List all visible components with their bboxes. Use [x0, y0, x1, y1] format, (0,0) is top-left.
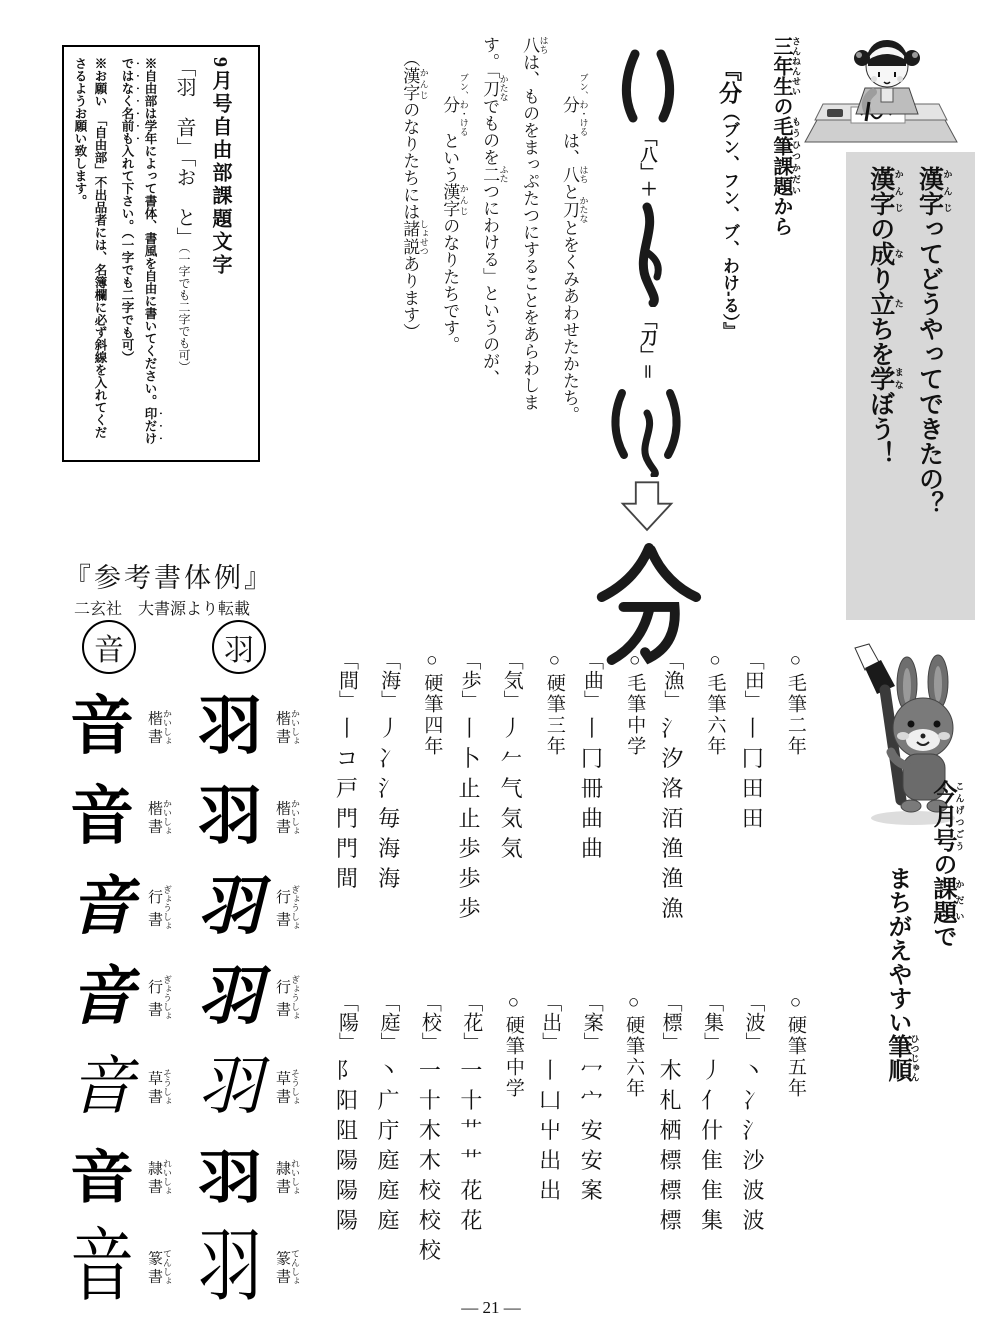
stroke-step: 丨: [742, 718, 764, 740]
stroke-step: 出: [539, 1180, 561, 1202]
calligraphy-sample-glyph: 羽: [190, 695, 270, 759]
stroke-step: 出: [539, 1150, 561, 1172]
body-line: 分ブン、わ・けるは、八はちと刀かたなとをくみあわせたかたち。: [549, 36, 589, 561]
stroke-step: 案: [581, 1180, 603, 1202]
calligraphy-sample-glyph: 羽: [190, 1148, 270, 1206]
stroke-step: 𠂉: [501, 748, 523, 770]
script-name-label: 行書ぎょうしょ: [272, 885, 300, 930]
script-name-label: 篆書てんしょ: [272, 1249, 300, 1285]
stroke-step: 隹: [701, 1150, 723, 1172]
stroke-step: 門: [336, 838, 358, 860]
stroke-step: 気: [501, 808, 523, 830]
stroke-step: 標: [660, 1150, 682, 1172]
calligraphy-sample-glyph: 羽: [190, 1227, 270, 1307]
stroke-step: 標: [660, 1210, 682, 1232]
stroke-step: 丨: [336, 718, 358, 740]
stroke-step: 冫: [378, 748, 400, 770]
stroke-step: コ: [336, 748, 358, 770]
stroke-step: 丨: [581, 718, 603, 740]
stroke-step: 阝: [336, 1060, 358, 1082]
stroke-step: 丿: [701, 1060, 723, 1082]
script-name-label: 行書ぎょうしょ: [272, 975, 300, 1020]
body-line: す。「刀かたなでものを二ふたつにわける」というのが、: [469, 36, 509, 561]
stroke-column-気: 「気」丿𠂉气気気: [497, 650, 527, 860]
stroke-order-heading-1: 今月号こんげつごうの課題かだいで: [925, 780, 965, 948]
stroke-grade-header: ○硬筆五年: [780, 992, 806, 1099]
stroke-step: 木: [419, 1150, 441, 1172]
stroke-column-陽: 「陽」阝阳阻陽陽陽: [332, 992, 362, 1232]
script-samples-hane: 羽楷書かいしょ羽楷書かいしょ羽行書ぎょうしょ羽行書ぎょうしょ羽草書そうしょ羽隷書…: [190, 682, 300, 1312]
stroke-column-田: 「田」丨冂田田: [738, 650, 768, 830]
stroke-step: 气: [501, 778, 523, 800]
stroke-step: 門: [336, 808, 358, 830]
stroke-column-校: 「校」一十木木校校校: [415, 992, 445, 1262]
stroke-step: 隹: [701, 1180, 723, 1202]
script-sample-row: 音楷書かいしょ: [62, 772, 172, 862]
main-title-line-1: 漢字かんじってどうやってできたの？: [905, 166, 954, 606]
stroke-step: 波: [743, 1180, 765, 1202]
stroke-step: 艹: [460, 1150, 482, 1172]
stroke-step: 庭: [377, 1180, 399, 1202]
stroke-step: 安: [581, 1150, 603, 1172]
stroke-step: 海: [378, 838, 400, 860]
stroke-char-label: 「花」: [457, 992, 486, 1052]
stroke-step: 札: [660, 1090, 682, 1112]
lesson-subheading-kanji: 『分: [716, 58, 742, 104]
calligraphy-sample-glyph: 羽: [190, 785, 270, 849]
stroke-step: 漁: [661, 898, 683, 920]
stroke-char-label: 「気」: [497, 650, 526, 710]
ancient-katana-glyph: [617, 201, 677, 307]
stroke-step: 丶: [377, 1060, 399, 1082]
stroke-char-label: 「田」: [738, 650, 767, 710]
body-line: （漢字かんじのなりたちには諸説しょせつあります）: [389, 36, 429, 561]
stroke-step: 標: [660, 1180, 682, 1202]
script-sample-row: 音行書ぎょうしょ: [62, 952, 172, 1042]
stroke-char-label: 「波」: [739, 992, 768, 1052]
stroke-step: 丶: [743, 1060, 765, 1082]
lesson-subheading: 『分（ブン、フン、ブ、わけ-る）』: [713, 58, 746, 339]
stroke-step: 木: [660, 1060, 682, 1082]
reference-title: 『参考書体例』: [64, 556, 274, 595]
stroke-column-出: 「出」丨凵屮出出: [535, 992, 565, 1202]
script-samples-oto: 音楷書かいしょ音楷書かいしょ音行書ぎょうしょ音行書ぎょうしょ音草書そうしょ音隷書…: [62, 682, 172, 1312]
stroke-column-波: 「波」丶冫氵沙波波: [739, 992, 769, 1232]
stroke-step: 歩: [459, 868, 481, 890]
script-name-label: 篆書てんしょ: [144, 1249, 172, 1285]
stroke-step: 渔: [661, 838, 683, 860]
calligraphy-sample-glyph: 音: [62, 965, 142, 1029]
stroke-step: 花: [460, 1210, 482, 1232]
stroke-order-band-1: ○毛筆二年「田」丨冂田田○毛筆六年「漁」氵汐洛洦渔渔漁○毛筆中学「曲」丨冂冊曲曲…: [332, 650, 806, 988]
script-name-label: 行書ぎょうしょ: [144, 885, 172, 930]
stroke-step: 凵: [539, 1090, 561, 1112]
stroke-step: 歩: [459, 898, 481, 920]
stroke-step: 冖: [581, 1060, 603, 1082]
stroke-column-歩: 「歩」丨卜止止歩歩歩: [455, 650, 485, 920]
stroke-column-海: 「海」丿冫氵毎海海: [374, 650, 404, 890]
main-title-text: 漢字かんじってどうやってできたの？ 漢字かんじの成なり立たちを学まなぼう！: [846, 152, 964, 620]
free-box-note-2: ※お願い 「自由部」不出品者には、名簿欄に必ず斜線を入れてくださるようお願い致し…: [70, 57, 110, 450]
stroke-step: 間: [336, 868, 358, 890]
script-name-label: 隷書れいしょ: [272, 1159, 300, 1195]
circled-char-hane: 羽: [212, 620, 266, 674]
script-name-label: 楷書かいしょ: [144, 709, 172, 745]
formula-label-katana: 「刀」＝: [635, 312, 660, 380]
stroke-grade-header: ○硬筆三年: [539, 650, 565, 757]
stroke-step: 丿: [501, 718, 523, 740]
stroke-step: 沙: [743, 1150, 765, 1172]
stroke-column-間: 「間」丨コ戸門門間: [332, 650, 362, 890]
stroke-step: 渔: [661, 868, 683, 890]
stroke-step: 洛: [661, 778, 683, 800]
stroke-step: 気: [501, 838, 523, 860]
stroke-step: 止: [459, 808, 481, 830]
stroke-column-案: 「案」冖宀安安案: [577, 992, 607, 1202]
stroke-step: 卜: [459, 748, 481, 770]
stroke-step: 一: [460, 1060, 482, 1082]
page-footer: — 21 —: [431, 1298, 551, 1318]
body-line: 分ブン、わ・けるという漢字かんじのなりたちです。: [429, 36, 469, 561]
circled-char-oto: 音: [82, 620, 136, 674]
stroke-step: 宀: [581, 1090, 603, 1112]
calligraphy-sample-glyph: 音: [62, 1055, 142, 1119]
stroke-char-label: 「歩」: [455, 650, 484, 710]
stroke-step: 冂: [581, 748, 603, 770]
stroke-step: 冫: [743, 1090, 765, 1112]
stroke-step: 汐: [661, 748, 683, 770]
stroke-column-花: 「花」一十艹艹花花: [456, 992, 486, 1232]
free-box-subject-chars: 「羽 音」「お と」: [173, 57, 195, 247]
stroke-step: 陽: [336, 1150, 358, 1172]
script-sample-row: 羽篆書てんしょ: [190, 1222, 300, 1312]
stroke-step: 艹: [460, 1120, 482, 1142]
stroke-step: 歩: [459, 838, 481, 860]
stroke-step: 陽: [336, 1210, 358, 1232]
stroke-step: 花: [460, 1180, 482, 1202]
calligraphy-sample-glyph: 羽: [190, 965, 270, 1029]
free-section-content: 9月号自由部課題文字 「羽 音」「お と」（一字でも二字でも可） ※自由部は学年…: [70, 57, 242, 450]
stroke-step: 校: [419, 1180, 441, 1202]
script-sample-row: 羽行書ぎょうしょ: [190, 862, 300, 952]
girl-illustration: [795, 28, 975, 148]
stroke-step: 木: [419, 1120, 441, 1142]
stroke-char-label: 「集」: [698, 992, 727, 1052]
stroke-step: 田: [742, 778, 764, 800]
stroke-step: 安: [581, 1120, 603, 1142]
script-name-label: 楷書かいしょ: [272, 799, 300, 835]
calligraphy-sample-glyph: 音: [62, 1148, 142, 1206]
stroke-step: 氵: [661, 718, 683, 740]
script-sample-row: 音草書そうしょ: [62, 1042, 172, 1132]
calligraphy-sample-glyph: 音: [62, 875, 142, 939]
stroke-column-標: 「標」木札栖標標標: [656, 992, 686, 1232]
calligraphy-sample-glyph: 音: [62, 785, 142, 849]
free-box-note-1: ※自由部は学年によって書体、書風を自由に書いてください。印だけではなく名前も入れ…: [117, 57, 163, 450]
ancient-hachi-glyph: [603, 48, 691, 124]
stroke-column-漁: 「漁」氵汐洛洦渔渔漁: [657, 650, 687, 920]
stroke-step: 毎: [378, 808, 400, 830]
script-sample-row: 羽楷書かいしょ: [190, 682, 300, 772]
stroke-step: 戸: [336, 778, 358, 800]
stroke-step: 亻: [701, 1090, 723, 1112]
stroke-step: 十: [419, 1090, 441, 1112]
stroke-step: 海: [378, 868, 400, 890]
stroke-step: 氵: [743, 1120, 765, 1142]
calligraphy-sample-glyph: 羽: [190, 875, 270, 939]
script-name-label: 楷書かいしょ: [272, 709, 300, 745]
free-box-subject-note: （一字でも二字でも可）: [177, 247, 191, 373]
stroke-step: 集: [701, 1210, 723, 1232]
stroke-step: 止: [459, 778, 481, 800]
stroke-grade-header: ○硬筆六年: [618, 992, 644, 1099]
stroke-step: 丿: [378, 718, 400, 740]
script-sample-row: 羽行書ぎょうしょ: [190, 952, 300, 1042]
stroke-step: 屮: [539, 1120, 561, 1142]
lesson-subheading-readings: （ブン、フン、ブ、わけ-る）』: [720, 104, 739, 339]
stroke-step: 曲: [581, 838, 603, 860]
main-title-box: 漢字かんじってどうやってできたの？ 漢字かんじの成なり立たちを学まなぼう！: [846, 152, 975, 620]
stroke-step: 校: [419, 1240, 441, 1262]
script-sample-row: 音篆書てんしょ: [62, 1222, 172, 1312]
script-sample-row: 音楷書かいしょ: [62, 682, 172, 772]
stroke-char-label: 「庭」: [374, 992, 403, 1052]
stroke-grade-header: ○毛筆二年: [780, 650, 806, 757]
free-box-title: 9月号自由部課題文字: [206, 57, 235, 450]
lesson-body-text: 分ブン、わ・けるは、八はちと刀かたなとをくみあわせたかたち。 八はちは、ものをま…: [383, 36, 589, 561]
script-sample-row: 音行書ぎょうしょ: [62, 862, 172, 952]
stroke-step: 洦: [661, 808, 683, 830]
stroke-step: 丨: [459, 718, 481, 740]
stroke-step: 什: [701, 1120, 723, 1142]
down-arrow-icon: [619, 481, 675, 533]
script-sample-row: 羽隷書れいしょ: [190, 1132, 300, 1222]
stroke-step: 丨: [539, 1060, 561, 1082]
stroke-char-label: 「陽」: [333, 992, 362, 1052]
stroke-grade-header: ○硬筆四年: [416, 650, 442, 757]
stroke-step: 阻: [336, 1120, 358, 1142]
stroke-step: 广: [377, 1090, 399, 1112]
stroke-step: 氵: [378, 778, 400, 800]
stroke-step: 田: [742, 808, 764, 830]
stroke-step: 庁: [377, 1120, 399, 1142]
stroke-column-集: 「集」丿亻什隹隹集: [697, 992, 727, 1232]
calligraphy-sample-glyph: 音: [62, 695, 142, 759]
script-sample-row: 羽楷書かいしょ: [190, 772, 300, 862]
formula-label-hachi: 「八」＋: [635, 129, 660, 197]
stroke-char-label: 「海」: [375, 650, 404, 710]
stroke-char-label: 「間」: [333, 650, 362, 710]
stroke-step: 陽: [336, 1180, 358, 1202]
script-name-label: 隷書れいしょ: [144, 1159, 172, 1195]
script-name-label: 行書ぎょうしょ: [144, 975, 172, 1020]
stroke-step: 冂: [742, 748, 764, 770]
stroke-char-label: 「曲」: [578, 650, 607, 710]
stroke-step: 栖: [660, 1120, 682, 1142]
stroke-order-heading-2: まちがえやすい筆順ひつじゅん: [880, 866, 920, 1082]
stroke-grade-header: ○毛筆中学: [619, 650, 645, 757]
stroke-order-band-2: ○硬筆五年「波」丶冫氵沙波波「集」丿亻什隹隹集「標」木札栖標標標○硬筆六年「案」…: [332, 992, 806, 1322]
script-name-label: 草書そうしょ: [272, 1069, 300, 1105]
calligraphy-sample-glyph: 音: [62, 1227, 142, 1307]
reference-source: 二玄社 大書源より転載: [74, 596, 250, 619]
stroke-char-label: 「標」: [656, 992, 685, 1052]
body-line: 八はちは、ものをまっぷたつにすることをあらわしま: [509, 36, 549, 561]
stroke-step: 庭: [377, 1210, 399, 1232]
stroke-step: 波: [743, 1210, 765, 1232]
calligraphy-sample-glyph: 羽: [190, 1055, 270, 1119]
script-sample-row: 音隷書れいしょ: [62, 1132, 172, 1222]
modern-bun-glyph: [588, 538, 706, 666]
stroke-step: 冊: [581, 778, 603, 800]
stroke-step: 校: [419, 1210, 441, 1232]
stroke-grade-header: ○毛筆六年: [700, 650, 726, 757]
stroke-column-曲: 「曲」丨冂冊曲曲: [577, 650, 607, 860]
script-name-label: 草書そうしょ: [144, 1069, 172, 1105]
stroke-column-庭: 「庭」丶广庁庭庭庭: [373, 992, 403, 1232]
stroke-grade-header: ○硬筆中学: [498, 992, 524, 1099]
stroke-step: 一: [419, 1060, 441, 1082]
main-title-line-2: 漢字かんじの成なり立たちを学まなぼう！: [856, 166, 905, 606]
script-name-label: 楷書かいしょ: [144, 799, 172, 835]
free-section-box: 9月号自由部課題文字 「羽 音」「お と」（一字でも二字でも可） ※自由部は学年…: [62, 45, 260, 462]
stroke-step: 庭: [377, 1150, 399, 1172]
stroke-char-label: 「漁」: [658, 650, 687, 710]
free-box-subject: 「羽 音」「お と」（一字でも二字でも可）: [170, 57, 199, 450]
script-sample-row: 羽草書そうしょ: [190, 1042, 300, 1132]
newsletter-page: 9月号自由部課題文字 「羽 音」「お と」（一字でも二字でも可） ※自由部は学年…: [0, 0, 982, 1332]
stroke-char-label: 「出」: [536, 992, 565, 1052]
ancient-bun-glyph: [600, 385, 695, 477]
kanji-formula-column: 「八」＋ 「刀」＝: [588, 48, 706, 666]
stroke-char-label: 「校」: [415, 992, 444, 1052]
stroke-step: 曲: [581, 808, 603, 830]
stroke-step: 阳: [336, 1090, 358, 1112]
stroke-step: 十: [460, 1090, 482, 1112]
stroke-char-label: 「案」: [577, 992, 606, 1052]
